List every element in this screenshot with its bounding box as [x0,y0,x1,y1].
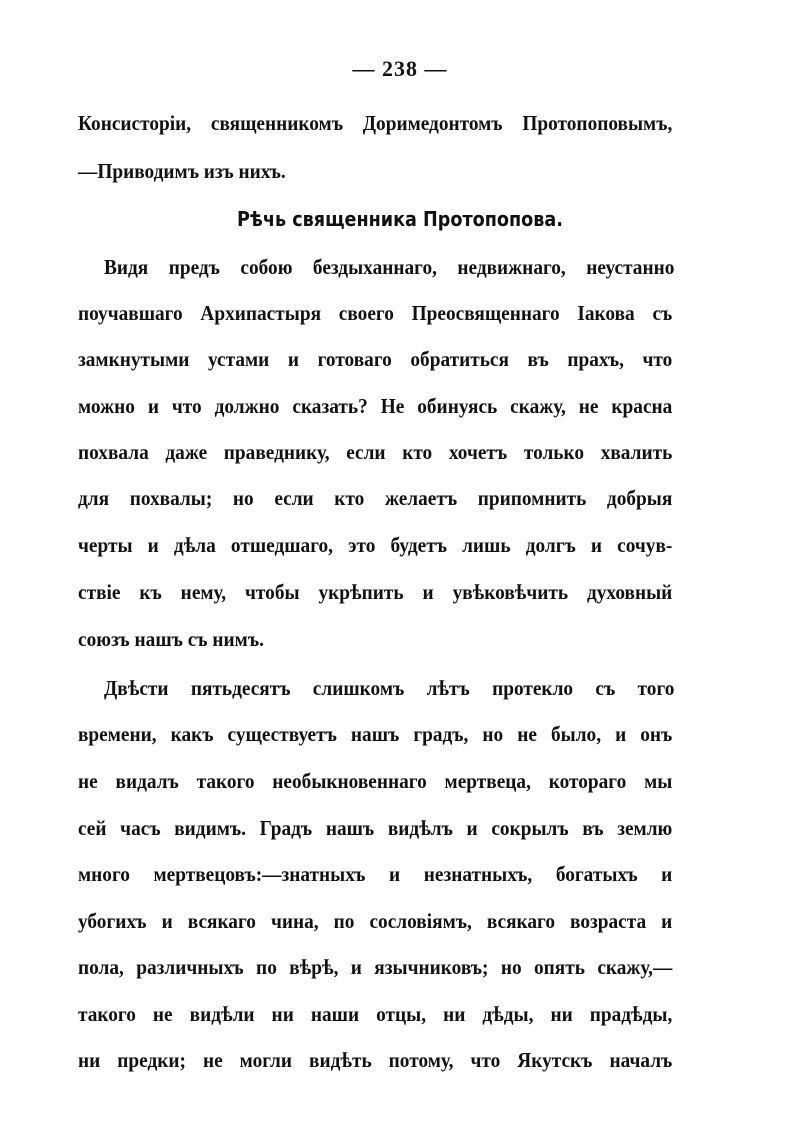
paragraph-line: для похвалы; но если кто желаетъ припомн… [78,483,672,513]
paragraph-line: можно и что должно сказать? Не обинуясь … [78,391,672,421]
text-line: Консисторіи, священникомъ Доримедонтомъ … [78,108,672,138]
paragraph-line: союзъ нашъ съ нимъ. [78,624,672,654]
paragraph-line: Видя предъ собою бездыханнаго, недвижнаг… [104,252,674,282]
paragraph-line: такого не видѣли ни наши отцы, ни дѣды, … [78,999,672,1029]
page-number: — 238 — [0,56,800,82]
paragraph-line: много мертвецовъ:—знатныхъ и незнатныхъ,… [78,859,672,889]
paragraph-line: похвала даже праведнику, если кто хочетъ… [78,437,672,467]
paragraph-line: убогихъ и всякаго чина, по сословіямъ, в… [78,906,672,936]
paragraph-line: ствіе къ нему, чтобы укрѣпить и увѣковѣч… [78,577,672,607]
paragraph-line: не видалъ такого необыкновеннаго мертвец… [78,766,672,796]
paragraph-line: времени, какъ существуетъ нашъ градъ, но… [78,719,672,749]
paragraph-line: Двѣсти пятьдесятъ слишкомъ лѣтъ протекло… [104,673,674,703]
paragraph-line: черты и дѣла отшедшаго, это будетъ лишь … [78,530,672,560]
section-heading: Рѣчь священника Протопопова. [48,204,752,234]
paragraph-line: поучавшаго Архипастыря своего Преосвящен… [78,298,672,328]
book-page: — 238 — Консисторіи, священникомъ Дориме… [0,0,800,1135]
paragraph-line: сей часъ видимъ. Градъ нашъ видѣлъ и сок… [78,813,672,843]
paragraph-line: замкнутыми устами и готоваго обратиться … [78,344,672,374]
paragraph-line: ни предки; не могли видѣть потому, что Я… [78,1045,672,1075]
text-line: —Приводимъ изъ нихъ. [78,156,672,186]
paragraph-line: пола, различныхъ по вѣрѣ, и язычниковъ; … [78,952,672,982]
